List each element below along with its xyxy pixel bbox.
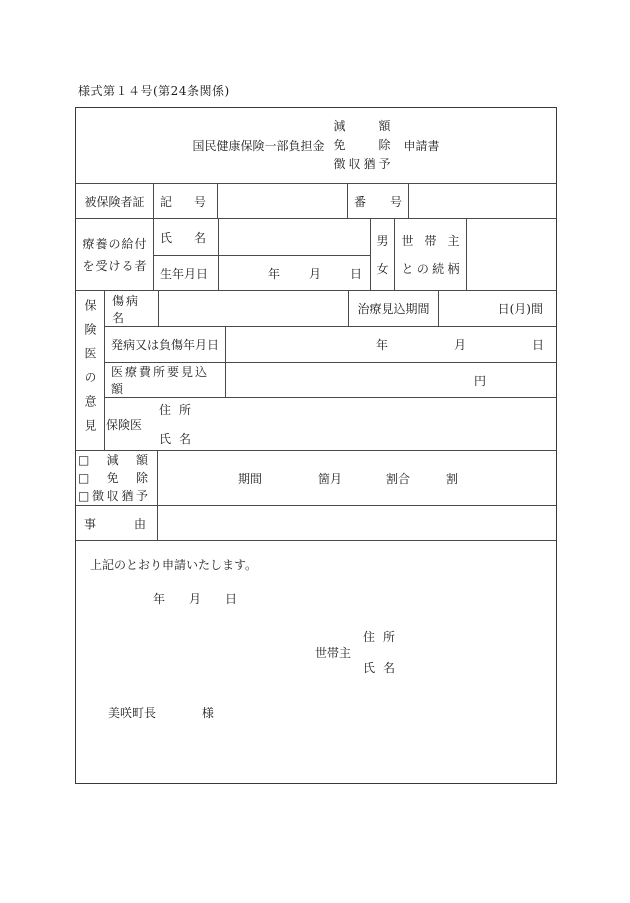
card-symbol-input-cell[interactable] xyxy=(217,184,347,218)
card-number-input-cell[interactable] xyxy=(408,184,556,218)
type-detail-input-cell[interactable]: 期間 箇月 割合 割 xyxy=(157,451,556,505)
months-label: 箇月 xyxy=(318,470,342,487)
householder-address-label: 住所 xyxy=(363,628,395,645)
checkbox-exemption[interactable]: □免除 xyxy=(78,469,148,487)
onset-date-label: 発病又は負傷年月日 xyxy=(105,327,225,362)
onset-date-input-cell[interactable]: 年 月 日 xyxy=(225,327,556,362)
sex-option-female: 女 xyxy=(377,255,389,283)
signature-section: 上記のとおり申請いたします。 年 月 日 世帯主 住所 氏名 美咲町長 様 xyxy=(76,540,556,783)
doctor-name-label: 氏名 xyxy=(159,430,191,447)
title-suffix: 申請書 xyxy=(404,137,440,154)
card-symbol-label: 記号 xyxy=(153,184,217,218)
treatment-period-unit: 日(月)間 xyxy=(498,300,543,317)
onset-day-label: 日 xyxy=(532,336,544,353)
recipient-birth-input-cell[interactable]: 年 月 日 xyxy=(218,256,370,290)
relation-input-cell[interactable] xyxy=(466,219,556,290)
onset-month-label: 月 xyxy=(454,336,466,353)
title-option-exemption: 免除 xyxy=(334,136,391,155)
recipient-row: 療養の給付 を受ける者 氏名 生年月日 年 月 xyxy=(76,218,556,290)
estimated-cost-label: 医療費所要見込額 xyxy=(105,363,225,397)
reason-input-cell[interactable] xyxy=(157,506,556,540)
application-date-line[interactable]: 年 月 日 xyxy=(153,590,237,607)
title-option-deferment: 徴収猶予 xyxy=(334,155,391,174)
doctor-info-cell[interactable]: 保険医 住所 氏名 xyxy=(105,398,556,450)
checkbox-deferment[interactable]: □徴収猶予 xyxy=(78,487,148,505)
birth-year-label: 年 xyxy=(268,265,280,282)
cost-unit-yen: 円 xyxy=(474,372,486,389)
birth-month-label: 月 xyxy=(309,265,321,282)
period-label: 期間 xyxy=(238,470,262,487)
householder-label: 世帯主 xyxy=(315,644,351,661)
doctor-opinion-section: 保険医の意見 傷病名 治療見込期間 日(月)間 xyxy=(76,290,556,450)
relation-label: 世帯主 との続柄 xyxy=(394,219,466,290)
application-form-table: 国民健康保険一部負担金 減額 免除 徴収猶予 申請書 被保険者証 記号 xyxy=(75,107,557,784)
doctor-address-label: 住所 xyxy=(159,401,191,418)
addressee-name: 美咲町長 xyxy=(108,706,156,720)
card-number-label: 番号 xyxy=(347,184,408,218)
birth-day-label: 日 xyxy=(350,265,362,282)
document-page: 様式第１４号(第24条関係) 国民健康保険一部負担金 減額 免除 徴収猶予 申請… xyxy=(0,0,630,903)
recipient-name-input-cell[interactable] xyxy=(218,219,370,255)
recipient-birth-label: 生年月日 xyxy=(154,256,218,290)
declaration-text: 上記のとおり申請いたします。 xyxy=(90,556,257,573)
application-type-checkbox-group: □減額 □免除 □徴収猶予 xyxy=(76,451,157,505)
form-title: 国民健康保険一部負担金 減額 免除 徴収猶予 申請書 xyxy=(76,108,556,183)
householder-signature-block[interactable]: 世帯主 住所 氏名 xyxy=(315,628,395,676)
onset-year-label: 年 xyxy=(376,336,388,353)
title-row: 国民健康保険一部負担金 減額 免除 徴収猶予 申請書 xyxy=(76,108,556,183)
doctor-opinion-vertical-label: 保険医の意見 xyxy=(76,291,104,450)
recipient-label: 療養の給付 を受ける者 xyxy=(76,219,153,290)
reason-label: 事由 xyxy=(76,506,157,540)
addressee-honorific: 様 xyxy=(202,706,214,720)
treatment-period-label: 治療見込期間 xyxy=(348,291,438,326)
ratio-label: 割合 xyxy=(386,470,410,487)
form-number: 様式第１４号(第24条関係) xyxy=(78,82,230,99)
sex-option-male: 男 xyxy=(377,227,389,255)
insured-card-label: 被保険者証 xyxy=(76,184,153,218)
doctor-label: 保険医 xyxy=(106,416,142,433)
insured-card-row: 被保険者証 記号 番号 xyxy=(76,183,556,218)
reason-row: 事由 xyxy=(76,505,556,540)
disease-input-cell[interactable] xyxy=(158,291,348,326)
sex-selector[interactable]: 男 女 xyxy=(370,219,394,290)
title-prefix: 国民健康保険一部負担金 xyxy=(192,137,324,154)
estimated-cost-input-cell[interactable]: 円 xyxy=(225,363,556,397)
householder-name-label: 氏名 xyxy=(363,659,395,676)
treatment-period-input-cell[interactable]: 日(月)間 xyxy=(438,291,556,326)
disease-label: 傷病名 xyxy=(105,291,158,326)
title-option-reduction: 減額 xyxy=(334,117,391,136)
ratio-unit-label: 割 xyxy=(446,470,458,487)
checkbox-reduction[interactable]: □減額 xyxy=(78,451,148,469)
recipient-name-label: 氏名 xyxy=(154,219,218,255)
application-type-row: □減額 □免除 □徴収猶予 期間 箇月 割合 割 xyxy=(76,450,556,505)
addressee-line: 美咲町長 様 xyxy=(108,704,214,721)
